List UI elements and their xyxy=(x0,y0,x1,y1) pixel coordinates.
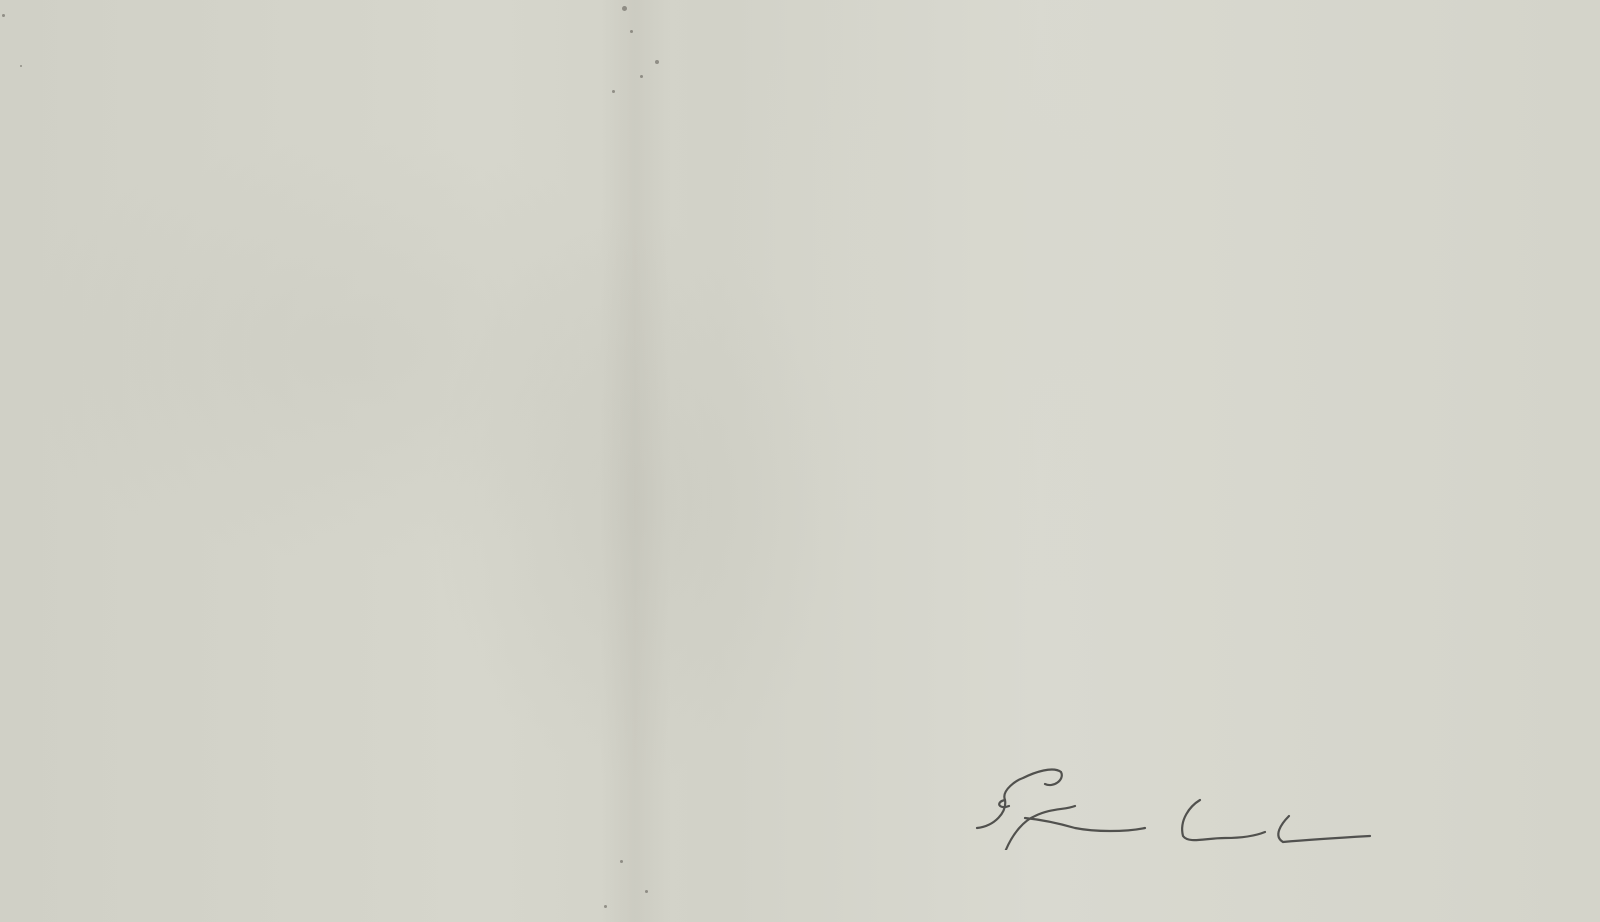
foxing-speck xyxy=(612,90,615,93)
foxing-speck xyxy=(604,905,607,908)
foxing-speck xyxy=(622,6,627,11)
foxing-speck xyxy=(630,30,633,33)
paper-sheet xyxy=(0,0,1600,922)
pencil-signature xyxy=(965,740,1385,850)
foxing-speck xyxy=(655,60,659,64)
foxing-speck xyxy=(2,14,5,17)
fold-stain xyxy=(600,0,670,922)
foxing-speck xyxy=(620,860,623,863)
foxing-speck xyxy=(645,890,648,893)
foxing-speck xyxy=(20,65,22,67)
foxing-speck xyxy=(640,75,643,78)
